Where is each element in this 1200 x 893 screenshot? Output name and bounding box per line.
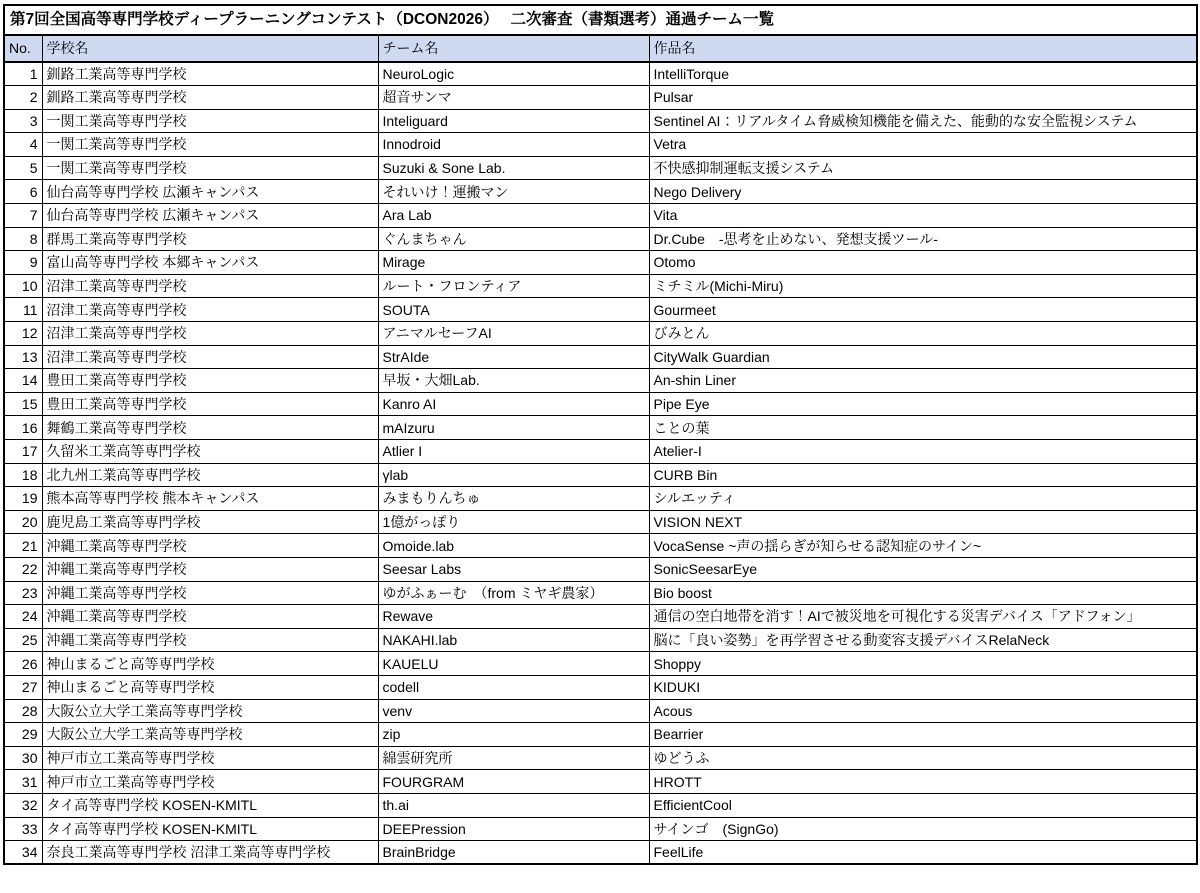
- cell-team: NAKAHI.lab: [378, 628, 649, 652]
- cell-work: Nego Delivery: [649, 180, 1197, 204]
- cell-team: アニマルセーフAI: [378, 322, 649, 346]
- cell-no: 8: [4, 227, 42, 251]
- cell-school: 神戸市立工業高等専門学校: [42, 770, 378, 794]
- cell-team: venv: [378, 699, 649, 723]
- cell-no: 23: [4, 581, 42, 605]
- cell-no: 5: [4, 156, 42, 180]
- table-row: 10沼津工業高等専門学校ルート・フロンティアミチミル(Michi-Miru): [4, 274, 1197, 298]
- table-row: 26神山まるごと高等専門学校KAUELUShoppy: [4, 652, 1197, 676]
- cell-work: Otomo: [649, 251, 1197, 275]
- cell-team: Rewave: [378, 605, 649, 629]
- cell-work: VocaSense ~声の揺らぎが知らせる認知症のサイン~: [649, 534, 1197, 558]
- cell-school: 神山まるごと高等専門学校: [42, 675, 378, 699]
- cell-team: ぐんまちゃん: [378, 227, 649, 251]
- table-row: 8群馬工業高等専門学校ぐんまちゃんDr.Cube -思考を止めない、発想支援ツー…: [4, 227, 1197, 251]
- table-row: 9富山高等専門学校 本郷キャンパスMirageOtomo: [4, 251, 1197, 275]
- cell-school: 舞鶴工業高等専門学校: [42, 416, 378, 440]
- cell-school: 富山高等専門学校 本郷キャンパス: [42, 251, 378, 275]
- cell-school: 群馬工業高等専門学校: [42, 227, 378, 251]
- cell-team: Seesar Labs: [378, 557, 649, 581]
- cell-work: ゆどうふ: [649, 746, 1197, 770]
- table-row: 24沖縄工業高等専門学校Rewave通信の空白地帯を消す！AIで被災地を可視化す…: [4, 605, 1197, 629]
- cell-team: KAUELU: [378, 652, 649, 676]
- cell-school: 沖縄工業高等専門学校: [42, 534, 378, 558]
- cell-team: mAIzuru: [378, 416, 649, 440]
- cell-work: FeelLife: [649, 841, 1197, 865]
- cell-no: 7: [4, 204, 42, 228]
- cell-work: Acous: [649, 699, 1197, 723]
- cell-no: 13: [4, 345, 42, 369]
- document-page: 第7回全国高等専門学校ディープラーニングコンテスト（DCON2026） 二次審査…: [0, 0, 1200, 893]
- cell-school: 沼津工業高等専門学校: [42, 345, 378, 369]
- column-header-team: チーム名: [378, 35, 649, 62]
- cell-work: ことの葉: [649, 416, 1197, 440]
- cell-team: Suzuki & Sone Lab.: [378, 156, 649, 180]
- cell-team: Kanro AI: [378, 392, 649, 416]
- table-row: 20鹿児島工業高等専門学校1億がっぽりVISION NEXT: [4, 510, 1197, 534]
- cell-team: NeuroLogic: [378, 62, 649, 86]
- cell-school: 一関工業高等専門学校: [42, 133, 378, 157]
- cell-team: ゆがふぁーむ （from ミヤギ農家）: [378, 581, 649, 605]
- table-row: 13沼津工業高等専門学校StrAIdeCityWalk Guardian: [4, 345, 1197, 369]
- table-row: 7仙台高等専門学校 広瀬キャンパスAra LabVita: [4, 204, 1197, 228]
- cell-school: 釧路工業高等専門学校: [42, 86, 378, 110]
- cell-team: ルート・フロンティア: [378, 274, 649, 298]
- cell-no: 27: [4, 675, 42, 699]
- title-row: 第7回全国高等専門学校ディープラーニングコンテスト（DCON2026） 二次審査…: [4, 5, 1197, 35]
- cell-work: サインゴ (SignGo): [649, 817, 1197, 841]
- cell-work: VISION NEXT: [649, 510, 1197, 534]
- cell-no: 10: [4, 274, 42, 298]
- cell-team: 1億がっぽり: [378, 510, 649, 534]
- cell-team: codell: [378, 675, 649, 699]
- table-row: 19熊本高等専門学校 熊本キャンパスみまもりんちゅシルエッティ: [4, 487, 1197, 511]
- cell-school: 神戸市立工業高等専門学校: [42, 746, 378, 770]
- table-row: 28大阪公立大学工業高等専門学校venvAcous: [4, 699, 1197, 723]
- cell-work: Dr.Cube -思考を止めない、発想支援ツール-: [649, 227, 1197, 251]
- table-row: 16舞鶴工業高等専門学校mAIzuruことの葉: [4, 416, 1197, 440]
- table-row: 29大阪公立大学工業高等専門学校zipBearrier: [4, 723, 1197, 747]
- cell-school: 仙台高等専門学校 広瀬キャンパス: [42, 204, 378, 228]
- cell-work: Bearrier: [649, 723, 1197, 747]
- table-row: 27神山まるごと高等専門学校codellKIDUKI: [4, 675, 1197, 699]
- cell-no: 34: [4, 841, 42, 865]
- cell-team: 早坂・大畑Lab.: [378, 369, 649, 393]
- cell-school: 大阪公立大学工業高等専門学校: [42, 699, 378, 723]
- cell-school: 北九州工業高等専門学校: [42, 463, 378, 487]
- cell-work: Pipe Eye: [649, 392, 1197, 416]
- table-row: 21沖縄工業高等専門学校Omoide.labVocaSense ~声の揺らぎが知…: [4, 534, 1197, 558]
- table-row: 23沖縄工業高等専門学校ゆがふぁーむ （from ミヤギ農家）Bio boost: [4, 581, 1197, 605]
- cell-no: 28: [4, 699, 42, 723]
- table-row: 32タイ高等専門学校 KOSEN-KMITLth.aiEfficientCool: [4, 793, 1197, 817]
- column-header-school: 学校名: [42, 35, 378, 62]
- cell-team: Omoide.lab: [378, 534, 649, 558]
- cell-work: Shoppy: [649, 652, 1197, 676]
- cell-school: 鹿児島工業高等専門学校: [42, 510, 378, 534]
- cell-team: みまもりんちゅ: [378, 487, 649, 511]
- cell-no: 21: [4, 534, 42, 558]
- cell-no: 11: [4, 298, 42, 322]
- cell-team: BrainBridge: [378, 841, 649, 865]
- cell-team: Innodroid: [378, 133, 649, 157]
- cell-work: IntelliTorque: [649, 62, 1197, 86]
- table-row: 30神戸市立工業高等専門学校綿雲研究所ゆどうふ: [4, 746, 1197, 770]
- cell-no: 31: [4, 770, 42, 794]
- cell-team: SOUTA: [378, 298, 649, 322]
- cell-work: シルエッティ: [649, 487, 1197, 511]
- cell-no: 32: [4, 793, 42, 817]
- table-row: 5一関工業高等専門学校Suzuki & Sone Lab.不快感抑制運転支援シス…: [4, 156, 1197, 180]
- cell-team: StrAIde: [378, 345, 649, 369]
- cell-team: Ara Lab: [378, 204, 649, 228]
- cell-work: EfficientCool: [649, 793, 1197, 817]
- cell-school: 沼津工業高等専門学校: [42, 298, 378, 322]
- cell-work: KIDUKI: [649, 675, 1197, 699]
- column-header-no: No.: [4, 35, 42, 62]
- cell-team: Mirage: [378, 251, 649, 275]
- cell-no: 9: [4, 251, 42, 275]
- cell-school: タイ高等専門学校 KOSEN-KMITL: [42, 817, 378, 841]
- cell-school: 沼津工業高等専門学校: [42, 274, 378, 298]
- cell-work: ミチミル(Michi-Miru): [649, 274, 1197, 298]
- cell-school: 沖縄工業高等専門学校: [42, 628, 378, 652]
- cell-no: 18: [4, 463, 42, 487]
- cell-school: 仙台高等専門学校 広瀬キャンパス: [42, 180, 378, 204]
- cell-team: zip: [378, 723, 649, 747]
- cell-no: 12: [4, 322, 42, 346]
- cell-school: 沖縄工業高等専門学校: [42, 605, 378, 629]
- results-table: 第7回全国高等専門学校ディープラーニングコンテスト（DCON2026） 二次審査…: [3, 4, 1198, 865]
- cell-no: 29: [4, 723, 42, 747]
- table-row: 18北九州工業高等専門学校γlabCURB Bin: [4, 463, 1197, 487]
- cell-no: 15: [4, 392, 42, 416]
- cell-team: それいけ！運搬マン: [378, 180, 649, 204]
- cell-work: HROTT: [649, 770, 1197, 794]
- table-row: 1釧路工業高等専門学校NeuroLogicIntelliTorque: [4, 62, 1197, 86]
- cell-work: An-shin Liner: [649, 369, 1197, 393]
- page-title: 第7回全国高等専門学校ディープラーニングコンテスト（DCON2026） 二次審査…: [4, 5, 1197, 35]
- cell-school: 奈良工業高等専門学校 沼津工業高等専門学校: [42, 841, 378, 865]
- table-row: 25沖縄工業高等専門学校NAKAHI.lab脳に「良い姿勢」を再学習させる動変容…: [4, 628, 1197, 652]
- cell-school: 釧路工業高等専門学校: [42, 62, 378, 86]
- cell-work: CityWalk Guardian: [649, 345, 1197, 369]
- cell-no: 24: [4, 605, 42, 629]
- cell-no: 1: [4, 62, 42, 86]
- table-row: 4一関工業高等専門学校InnodroidVetra: [4, 133, 1197, 157]
- column-header-work: 作品名: [649, 35, 1197, 62]
- cell-team: γlab: [378, 463, 649, 487]
- cell-work: びみとん: [649, 322, 1197, 346]
- cell-no: 19: [4, 487, 42, 511]
- table-row: 12沼津工業高等専門学校アニマルセーフAIびみとん: [4, 322, 1197, 346]
- cell-team: FOURGRAM: [378, 770, 649, 794]
- cell-team: Atlier I: [378, 440, 649, 464]
- table-row: 11沼津工業高等専門学校SOUTAGourmeet: [4, 298, 1197, 322]
- cell-no: 26: [4, 652, 42, 676]
- cell-no: 4: [4, 133, 42, 157]
- cell-no: 30: [4, 746, 42, 770]
- cell-school: 豊田工業高等専門学校: [42, 392, 378, 416]
- table-row: 31神戸市立工業高等専門学校FOURGRAMHROTT: [4, 770, 1197, 794]
- table-row: 34奈良工業高等専門学校 沼津工業高等専門学校BrainBridgeFeelLi…: [4, 841, 1197, 865]
- cell-no: 22: [4, 557, 42, 581]
- cell-school: 久留米工業高等専門学校: [42, 440, 378, 464]
- table-row: 14豊田工業高等専門学校早坂・大畑Lab.An-shin Liner: [4, 369, 1197, 393]
- table-row: 17久留米工業高等専門学校Atlier IAtelier-I: [4, 440, 1197, 464]
- cell-no: 3: [4, 109, 42, 133]
- cell-no: 6: [4, 180, 42, 204]
- table-row: 22沖縄工業高等専門学校Seesar LabsSonicSeesarEye: [4, 557, 1197, 581]
- cell-school: 熊本高等専門学校 熊本キャンパス: [42, 487, 378, 511]
- cell-team: th.ai: [378, 793, 649, 817]
- table-row: 15豊田工業高等専門学校Kanro AIPipe Eye: [4, 392, 1197, 416]
- cell-work: Pulsar: [649, 86, 1197, 110]
- cell-school: 沖縄工業高等専門学校: [42, 581, 378, 605]
- cell-school: 沖縄工業高等専門学校: [42, 557, 378, 581]
- cell-school: タイ高等専門学校 KOSEN-KMITL: [42, 793, 378, 817]
- cell-school: 沼津工業高等専門学校: [42, 322, 378, 346]
- cell-school: 一関工業高等専門学校: [42, 156, 378, 180]
- cell-work: Sentinel AI：リアルタイム脅威検知機能を備えた、能動的な安全監視システ…: [649, 109, 1197, 133]
- cell-work: SonicSeesarEye: [649, 557, 1197, 581]
- cell-no: 16: [4, 416, 42, 440]
- table-header-row: No. 学校名 チーム名 作品名: [4, 35, 1197, 62]
- cell-no: 2: [4, 86, 42, 110]
- cell-work: Gourmeet: [649, 298, 1197, 322]
- cell-no: 25: [4, 628, 42, 652]
- cell-team: Inteliguard: [378, 109, 649, 133]
- cell-work: 不快感抑制運転支援システム: [649, 156, 1197, 180]
- cell-team: 綿雲研究所: [378, 746, 649, 770]
- cell-school: 神山まるごと高等専門学校: [42, 652, 378, 676]
- cell-work: Bio boost: [649, 581, 1197, 605]
- cell-work: 脳に「良い姿勢」を再学習させる動変容支援デバイスRelaNeck: [649, 628, 1197, 652]
- cell-no: 33: [4, 817, 42, 841]
- table-row: 33タイ高等専門学校 KOSEN-KMITLDEEPressionサインゴ (S…: [4, 817, 1197, 841]
- cell-team: DEEPression: [378, 817, 649, 841]
- cell-work: 通信の空白地帯を消す！AIで被災地を可視化する災害デバイス「アドフォン」: [649, 605, 1197, 629]
- cell-no: 14: [4, 369, 42, 393]
- cell-work: Vetra: [649, 133, 1197, 157]
- cell-team: 超音サンマ: [378, 86, 649, 110]
- cell-work: Atelier-I: [649, 440, 1197, 464]
- cell-no: 17: [4, 440, 42, 464]
- table-row: 6仙台高等専門学校 広瀬キャンパスそれいけ！運搬マンNego Delivery: [4, 180, 1197, 204]
- table-row: 2釧路工業高等専門学校超音サンマPulsar: [4, 86, 1197, 110]
- cell-work: CURB Bin: [649, 463, 1197, 487]
- cell-no: 20: [4, 510, 42, 534]
- cell-school: 大阪公立大学工業高等専門学校: [42, 723, 378, 747]
- table-row: 3一関工業高等専門学校InteliguardSentinel AI：リアルタイム…: [4, 109, 1197, 133]
- cell-school: 一関工業高等専門学校: [42, 109, 378, 133]
- cell-school: 豊田工業高等専門学校: [42, 369, 378, 393]
- team-table-body: 1釧路工業高等専門学校NeuroLogicIntelliTorque2釧路工業高…: [4, 62, 1197, 864]
- cell-work: Vita: [649, 204, 1197, 228]
